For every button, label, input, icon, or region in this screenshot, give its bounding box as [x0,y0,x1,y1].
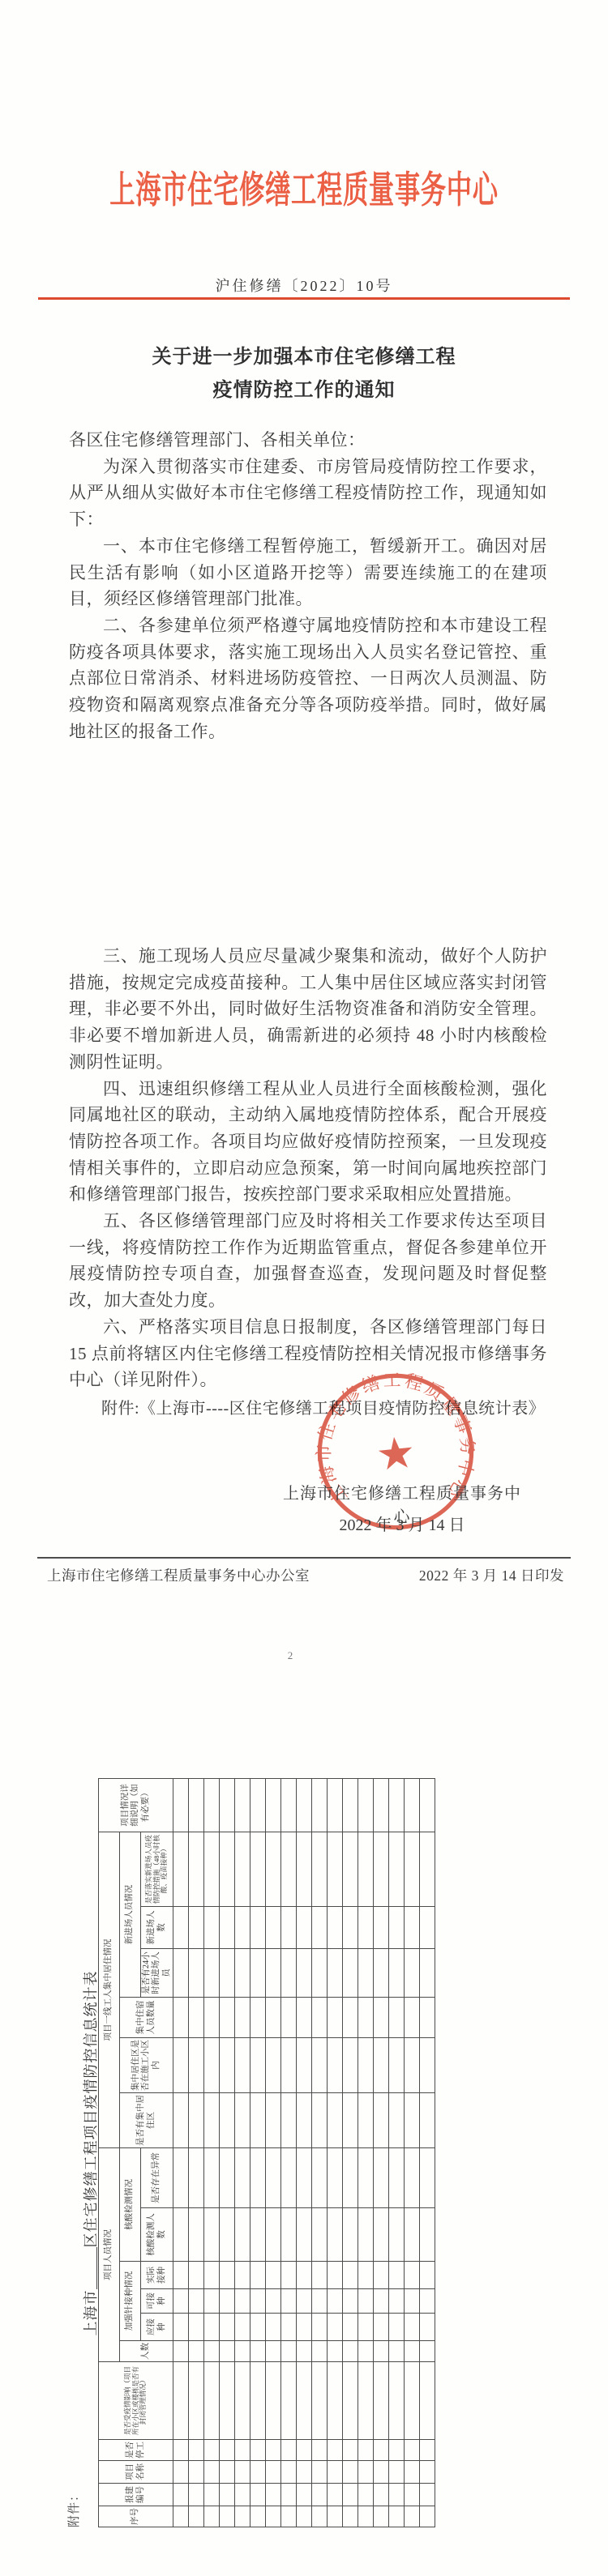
attachment-empty-row [374,1778,389,2527]
empty-cell [173,2037,189,2092]
empty-cell [389,2289,405,2314]
empty-cell [220,2484,235,2506]
empty-cell [220,1906,235,1948]
col-header-abnormal: 是否存在异常 [141,2147,173,2207]
empty-cell [204,2484,220,2506]
empty-cell [343,1997,358,2037]
empty-cell [297,2147,312,2207]
empty-cell [389,2092,405,2147]
empty-cell [250,2484,266,2506]
empty-cell [358,2440,374,2461]
empty-cell [266,2037,281,2092]
empty-cell [328,2262,343,2289]
footer-print-date: 2022 年 3 月 14 日印发 [419,1565,564,1585]
empty-cell [405,2484,420,2506]
empty-cell [266,2341,281,2362]
attachment-empty-row [250,1778,266,2527]
attachment-empty-row [204,1778,220,2527]
agency-header: 上海市住宅修缮工程质量事务中心 [97,160,511,214]
empty-cell [235,2461,250,2484]
col-header-lodging-count: 集中住宿人员数量 [120,1997,173,2037]
empty-cell [374,1906,389,1948]
page-number: 2 [274,1649,306,1662]
empty-cell [374,2440,389,2461]
empty-cell [420,2341,435,2362]
empty-cell [189,1948,204,1997]
empty-cell [266,2506,281,2527]
empty-cell [173,1948,189,1997]
empty-cell [250,1832,266,1906]
empty-cell [343,2314,358,2341]
empty-cell [312,2362,328,2440]
empty-cell [389,1832,405,1906]
empty-cell [250,2461,266,2484]
empty-cell [420,2208,435,2262]
empty-cell [343,1778,358,1832]
empty-cell [328,1997,343,2037]
empty-cell [297,2037,312,2092]
empty-cell [220,2037,235,2092]
empty-cell [250,2262,266,2289]
group-header-lodging: 项目一线工人集中居住情况 [99,1832,120,2147]
empty-cell [420,1832,435,1906]
attachment-empty-row [389,1778,405,2527]
col-header-actual-vax: 实际接种 [141,2262,173,2289]
empty-cell [358,2314,374,2341]
notice-title: 关于进一步加强本市住宅修缮工程 疫情防控工作的通知 [0,341,608,407]
paragraph-item2: 二、各参建单位须严格遵守属地疫情防控和本市建设工程防疫各项具体要求，落实施工现场… [69,612,547,745]
empty-cell [220,1997,235,2037]
empty-cell [220,2461,235,2484]
empty-cell [235,1997,250,2037]
empty-cell [358,2262,374,2289]
empty-cell [220,2147,235,2207]
empty-cell [405,2440,420,2461]
col-header-suspended: 是否停工 [99,2440,173,2461]
col-header-should-vax: 应接种 [141,2314,173,2341]
empty-cell [328,2289,343,2314]
empty-cell [297,2092,312,2147]
empty-cell [250,2440,266,2461]
empty-cell [328,1832,343,1906]
empty-cell [204,2341,220,2362]
empty-cell [220,2092,235,2147]
empty-cell [250,2314,266,2341]
footer-imprint: 上海市住宅修缮工程质量事务中心办公室 2022 年 3 月 14 日印发 [47,1565,564,1585]
empty-cell [235,2147,250,2207]
empty-cell [204,2208,220,2262]
empty-cell [281,2484,297,2506]
empty-cell [266,1906,281,1948]
empty-cell [173,2362,189,2440]
empty-cell [266,2461,281,2484]
empty-cell [204,2037,220,2092]
empty-cell [389,1997,405,2037]
empty-cell [220,1778,235,1832]
empty-cell [358,2362,374,2440]
empty-cell [328,1778,343,1832]
empty-cell [189,2362,204,2440]
attachment-empty-row [297,1778,312,2527]
empty-cell [235,1948,250,1997]
empty-cell [420,1948,435,1997]
empty-cell [297,2289,312,2314]
col-header-has-lodging: 是否有集中居住区 [120,2092,173,2147]
group-header-newcomers: 新进场人员情况 [120,1832,141,1997]
paragraph-item4: 四、迅速组织修缮工程从业人员进行全面核酸检测，强化同属地社区的联动，主动纳入属地… [69,1076,547,1209]
empty-cell [173,1906,189,1948]
empty-cell [328,2484,343,2506]
attachment-table-body [173,1778,435,2527]
empty-cell [405,2314,420,2341]
empty-cell [312,2092,328,2147]
empty-cell [312,2289,328,2314]
empty-cell [328,2147,343,2207]
attachment-empty-row [235,1778,250,2527]
empty-cell [250,1997,266,2037]
empty-cell [389,2341,405,2362]
empty-cell [374,2314,389,2341]
document-page: 上海市住宅修缮工程质量事务中心 沪住修缮〔2022〕10号 关于进一步加强本市住… [0,0,608,2576]
salutation: 各区住宅修缮管理部门、各相关单位： [69,427,547,454]
empty-cell [281,1948,297,1997]
empty-cell [312,2037,328,2092]
empty-cell [374,2208,389,2262]
empty-cell [189,2440,204,2461]
empty-cell [343,2484,358,2506]
paragraph-item5: 五、各区修缮管理部门应及时将相关工作要求传达至项目一线，将疫情防控工作作为近期监… [69,1208,547,1314]
col-header-headcount: 人数 [120,2341,173,2362]
empty-cell [220,2506,235,2527]
empty-cell [235,2262,250,2289]
empty-cell [358,2208,374,2262]
col-header-affected: 是否受疫情影响（项目所在小区或楼栋是否有封闭管理情况） [99,2362,173,2440]
empty-cell [405,2289,420,2314]
empty-cell [250,1778,266,1832]
empty-cell [173,1778,189,1832]
seal-star-icon: ★ [374,1427,417,1480]
empty-cell [189,2262,204,2289]
empty-cell [374,2362,389,2440]
empty-cell [358,1832,374,1906]
empty-cell [189,2341,204,2362]
empty-cell [343,2341,358,2362]
empty-cell [297,2362,312,2440]
attachment-empty-row [420,1778,435,2527]
attachment-title-prefix: 上海市 [83,2290,99,2336]
empty-cell [235,2037,250,2092]
empty-cell [389,2506,405,2527]
empty-cell [405,2341,420,2362]
empty-cell [420,2314,435,2341]
empty-cell [189,2506,204,2527]
empty-cell [297,1906,312,1948]
empty-cell [235,1906,250,1948]
notice-title-line1: 关于进一步加强本市住宅修缮工程 [0,341,608,374]
empty-cell [405,2262,420,2289]
empty-cell [328,1948,343,1997]
empty-cell [281,1906,297,1948]
col-header-remarks: 项目情况详细说明（如有必要） [99,1778,173,1832]
empty-cell [235,2440,250,2461]
empty-cell [281,2461,297,2484]
col-header-new-measures: 是否落实新进场人员疫情防控措施（48小时核酸、疫苗接种） [141,1832,173,1906]
empty-cell [374,1832,389,1906]
empty-cell [312,2147,328,2207]
empty-cell [405,1948,420,1997]
empty-cell [220,2362,235,2440]
empty-cell [312,1906,328,1948]
col-header-tested: 核酸检测人数 [141,2208,173,2262]
empty-cell [204,2362,220,2440]
empty-cell [297,2484,312,2506]
empty-cell [420,2461,435,2484]
empty-cell [312,2314,328,2341]
empty-cell [297,2314,312,2341]
col-header-lodging-in-site: 集中居住区是否在施工小区内 [120,2037,173,2092]
empty-cell [358,1778,374,1832]
attachment-empty-row [358,1778,374,2527]
empty-cell [266,2289,281,2314]
empty-cell [220,2314,235,2341]
notice-title-line2: 疫情防控工作的通知 [0,374,608,407]
empty-cell [358,2037,374,2092]
empty-cell [389,1778,405,1832]
empty-cell [281,2037,297,2092]
empty-cell [297,1832,312,1906]
empty-cell [281,2506,297,2527]
empty-cell [297,1997,312,2037]
attachment-empty-row [281,1778,297,2527]
empty-cell [312,2506,328,2527]
empty-cell [343,2262,358,2289]
empty-cell [204,2314,220,2341]
empty-cell [389,2461,405,2484]
empty-cell [204,2461,220,2484]
empty-cell [328,2362,343,2440]
page2-body: 三、施工现场人员应尽量减少聚集和流动，做好个人防护措施，按规定完成疫苗接种。工人… [69,943,547,1393]
empty-cell [204,2092,220,2147]
empty-cell [281,2262,297,2289]
empty-cell [343,2506,358,2527]
empty-cell [173,1997,189,2037]
page1-body: 各区住宅修缮管理部门、各相关单位： 为深入贯彻落实市住建委、市房管局疫情防控工作… [69,427,547,744]
empty-cell [343,2092,358,2147]
empty-cell [297,2208,312,2262]
empty-cell [250,1906,266,1948]
empty-cell [189,2208,204,2262]
attachment-empty-row [405,1778,420,2527]
empty-cell [204,2147,220,2207]
sign-date: 2022 年 3 月 14 日 [276,1512,529,1535]
empty-cell [250,1948,266,1997]
empty-cell [297,2341,312,2362]
empty-cell [328,2341,343,2362]
attachment-label: 附件： [65,1779,79,2527]
group-header-booster: 加强针接种情况 [120,2262,141,2341]
empty-cell [266,1948,281,1997]
empty-cell [281,1997,297,2037]
empty-cell [173,1832,189,1906]
empty-cell [389,2440,405,2461]
empty-cell [235,2289,250,2314]
empty-cell [405,2208,420,2262]
empty-cell [173,2208,189,2262]
empty-cell [343,2208,358,2262]
empty-cell [328,2440,343,2461]
empty-cell [312,1832,328,1906]
empty-cell [297,2440,312,2461]
empty-cell [204,1948,220,1997]
empty-cell [420,2147,435,2207]
empty-cell [266,2092,281,2147]
empty-cell [343,2440,358,2461]
empty-cell [235,2484,250,2506]
empty-cell [312,2208,328,2262]
empty-cell [266,1832,281,1906]
empty-cell [235,1778,250,1832]
col-header-project-name: 项目名称 [99,2461,173,2484]
empty-cell [250,2092,266,2147]
red-separator-rule [38,297,570,300]
empty-cell [420,2262,435,2289]
empty-cell [266,2484,281,2506]
empty-cell [312,1778,328,1832]
group-header-personnel: 项目人员情况 [99,2147,120,2361]
empty-cell [297,1778,312,1832]
empty-cell [405,1997,420,2037]
empty-cell [220,2289,235,2314]
empty-cell [189,2461,204,2484]
col-header-can-vax: 可接种 [141,2289,173,2314]
empty-cell [343,2362,358,2440]
empty-cell [220,2341,235,2362]
empty-cell [220,2440,235,2461]
empty-cell [189,2037,204,2092]
footer-rule [37,1557,571,1559]
empty-cell [358,2341,374,2362]
empty-cell [328,2506,343,2527]
empty-cell [358,2147,374,2207]
empty-cell [405,2506,420,2527]
empty-cell [358,2461,374,2484]
empty-cell [358,2506,374,2527]
group-header-nucleic: 核酸检测情况 [120,2147,141,2261]
empty-cell [420,2037,435,2092]
empty-cell [374,2289,389,2314]
empty-cell [312,2484,328,2506]
empty-cell [220,2262,235,2289]
empty-cell [250,2037,266,2092]
empty-cell [235,2341,250,2362]
empty-cell [312,2440,328,2461]
empty-cell [328,2208,343,2262]
empty-cell [220,1832,235,1906]
empty-cell [189,1997,204,2037]
empty-cell [281,2208,297,2262]
attachment-title-blank [85,2248,97,2290]
empty-cell [250,2147,266,2207]
empty-cell [235,2092,250,2147]
empty-cell [374,2506,389,2527]
empty-cell [312,2341,328,2362]
empty-cell [405,2362,420,2440]
empty-cell [343,1832,358,1906]
empty-cell [374,1997,389,2037]
empty-cell [204,2262,220,2289]
empty-cell [250,2362,266,2440]
empty-cell [405,2092,420,2147]
empty-cell [266,2362,281,2440]
attachment-title: 上海市 区住宅修缮工程项目疫情防控信息统计表 [79,1779,97,2527]
empty-cell [189,1906,204,1948]
empty-cell [204,1997,220,2037]
empty-cell [297,2262,312,2289]
empty-cell [389,2208,405,2262]
empty-cell [281,2289,297,2314]
empty-cell [343,2037,358,2092]
attachment-empty-row [173,1778,189,2527]
empty-cell [189,2092,204,2147]
empty-cell [281,2147,297,2207]
empty-cell [204,1906,220,1948]
empty-cell [189,2484,204,2506]
empty-cell [312,2461,328,2484]
empty-cell [281,2440,297,2461]
empty-cell [420,2289,435,2314]
empty-cell [235,2208,250,2262]
empty-cell [250,2341,266,2362]
empty-cell [374,2262,389,2289]
empty-cell [389,2314,405,2341]
empty-cell [420,2362,435,2440]
empty-cell [358,1948,374,1997]
empty-cell [173,2484,189,2506]
empty-cell [266,2147,281,2207]
empty-cell [173,2440,189,2461]
empty-cell [235,1832,250,1906]
empty-cell [189,2147,204,2207]
empty-cell [358,1997,374,2037]
empty-cell [343,2461,358,2484]
empty-cell [281,2092,297,2147]
empty-cell [358,2289,374,2314]
empty-cell [343,2147,358,2207]
attachment-empty-row [328,1778,343,2527]
empty-cell [405,2147,420,2207]
empty-cell [173,2314,189,2341]
empty-cell [343,2289,358,2314]
empty-cell [420,1906,435,1948]
empty-cell [250,2506,266,2527]
empty-cell [281,1832,297,1906]
empty-cell [420,1778,435,1832]
empty-cell [266,2208,281,2262]
empty-cell [328,2092,343,2147]
empty-cell [374,2147,389,2207]
empty-cell [220,1948,235,1997]
col-header-permit-no: 报建编号 [99,2484,173,2506]
empty-cell [374,1948,389,1997]
attachment-table: 序号 报建编号 项目名称 是否停工 是否受疫情影响（项目所在小区或楼栋是否有封闭… [98,1778,435,2527]
empty-cell [328,1906,343,1948]
empty-cell [389,2362,405,2440]
empty-cell [374,2484,389,2506]
empty-cell [266,2262,281,2289]
empty-cell [420,2092,435,2147]
empty-cell [266,1778,281,1832]
empty-cell [312,1948,328,1997]
